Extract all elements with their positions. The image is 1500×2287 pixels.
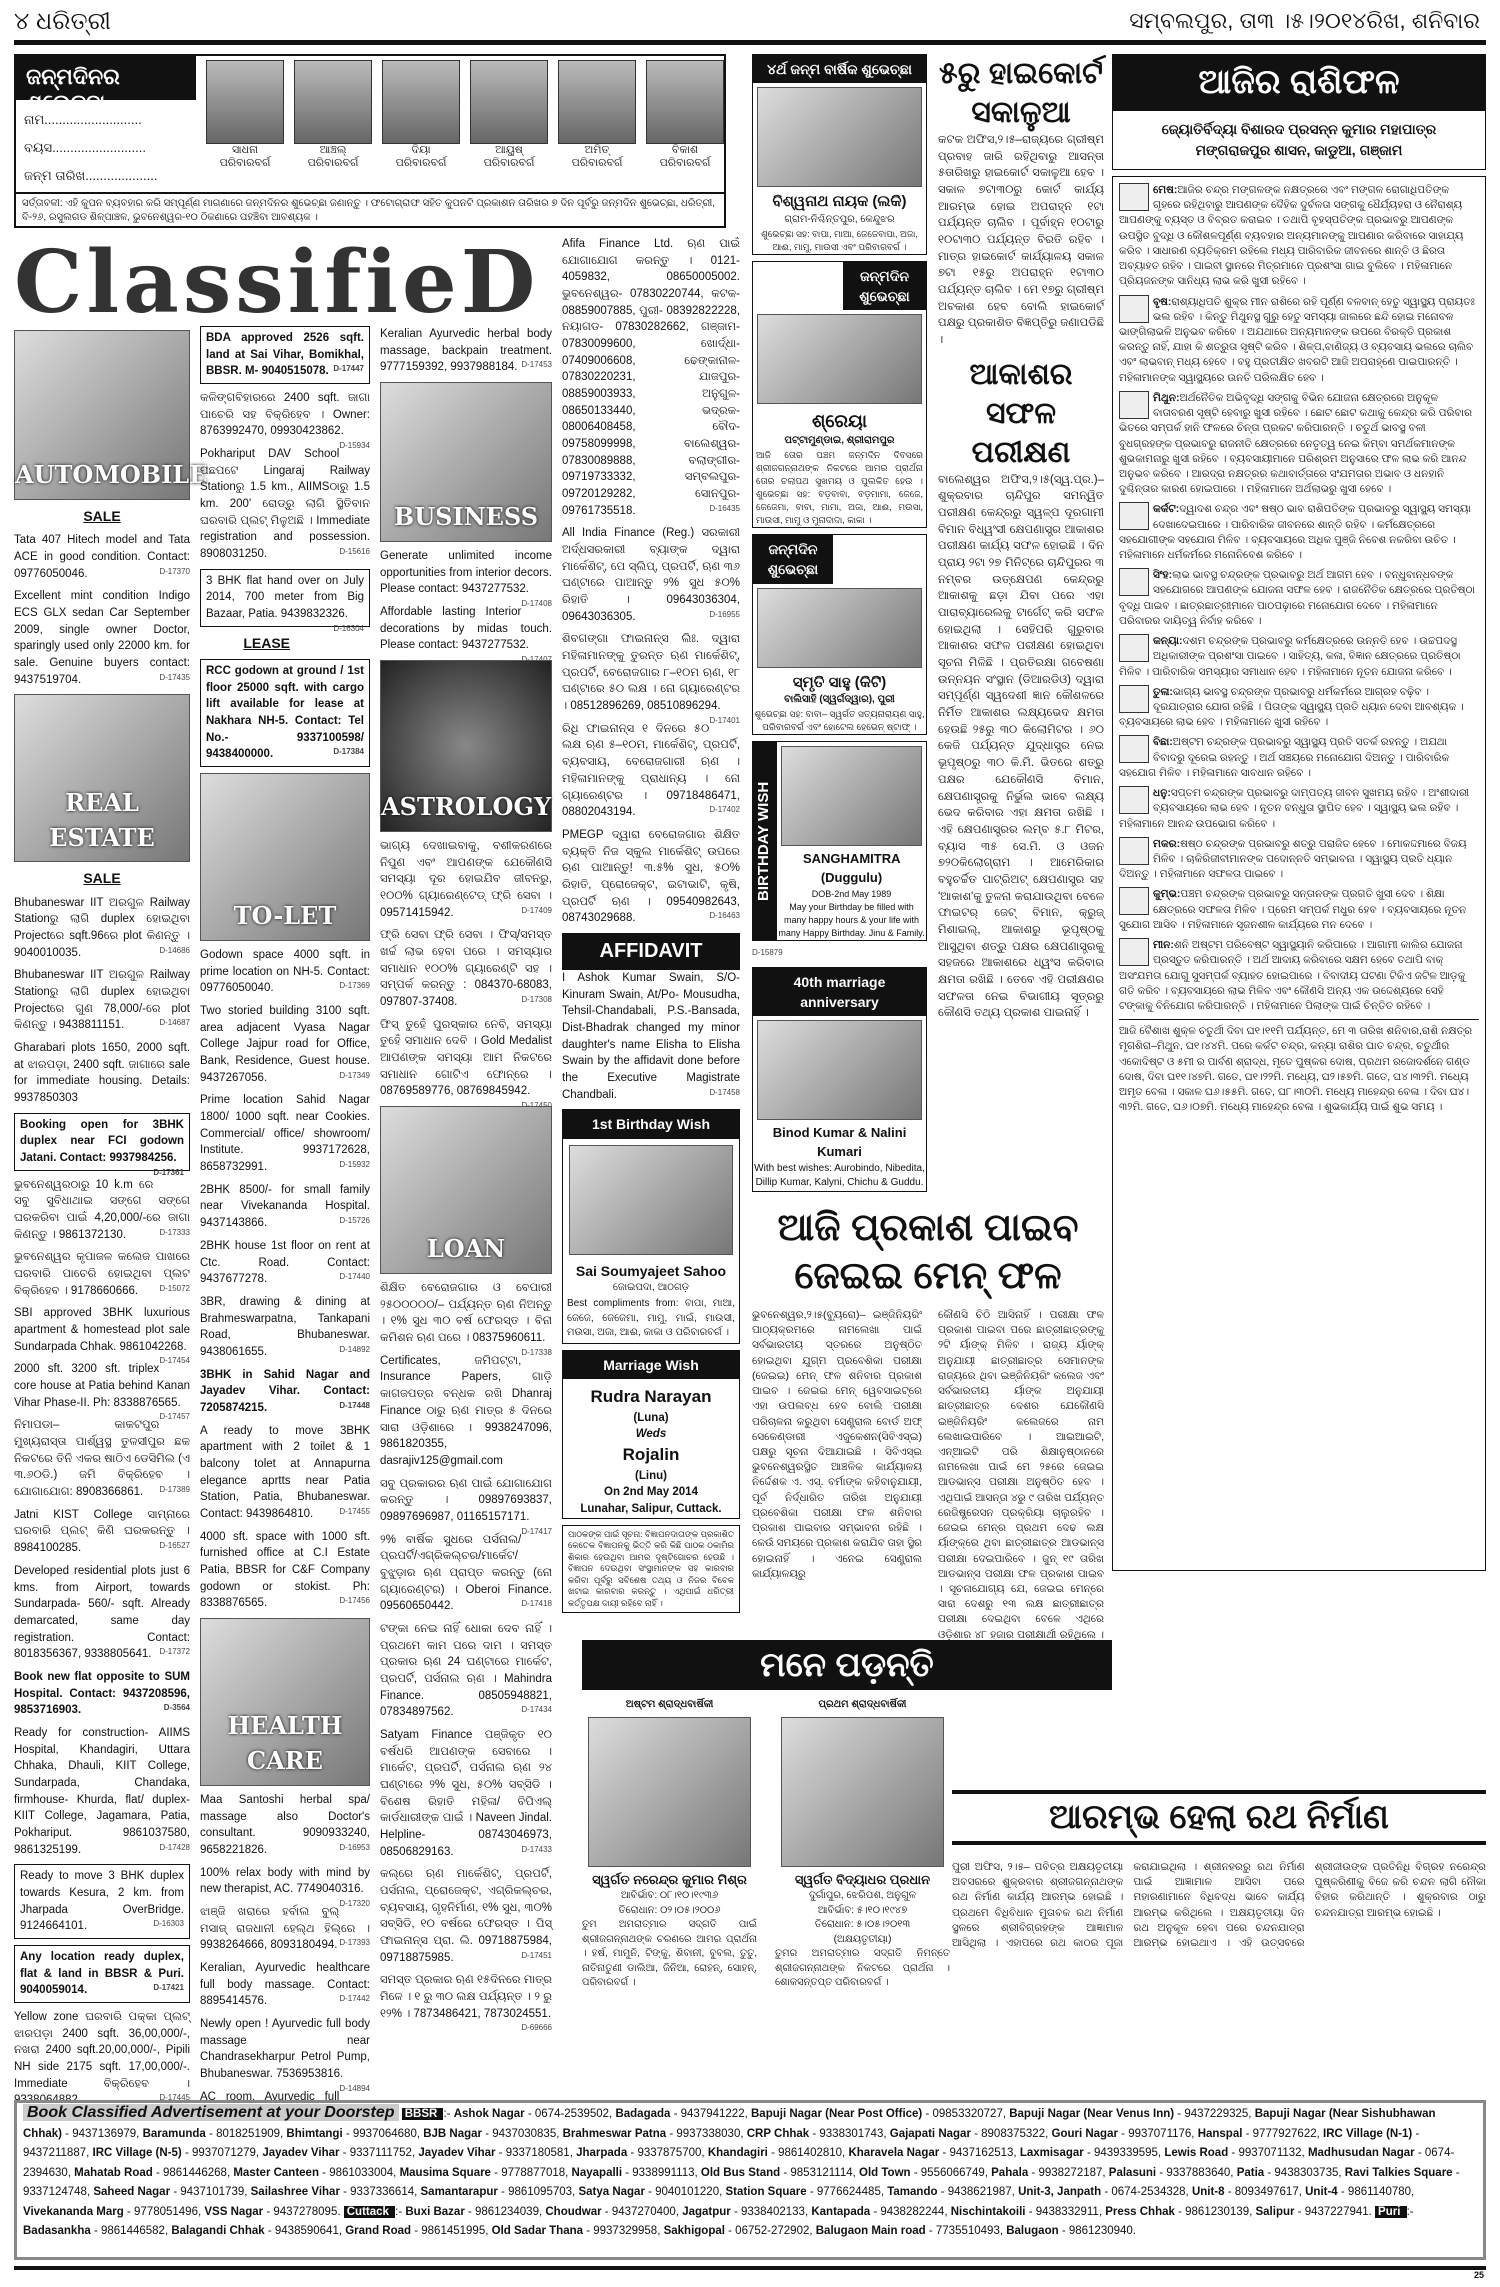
obit-name: ସ୍ୱର୍ଗତ ନରେନ୍ଦ୍ର କୁମାର ମିଶ୍ର: [582, 1871, 757, 1890]
bride-name: Rojalin: [563, 1443, 739, 1468]
booking-centre: Samantarapur - 9861095703,: [421, 2186, 579, 2198]
sanghamitra-name: SANGHAMITRA (Duggulu): [777, 850, 926, 888]
photo-sub: ପରିବାରବର୍ଗ: [646, 157, 724, 170]
libra-icon: [1119, 685, 1149, 713]
reader-disclaimer: ପାଠକଙ୍କ ପାଇଁ ସୂଚନା: ବିଜ୍ଞାପନଦାତାଙ୍କ ପ୍ରକ…: [562, 1525, 740, 1613]
classified-ad: Maa Santoshi herbal spa/ massage also Do…: [200, 1792, 370, 1859]
photo-sub: ପରିବାରବର୍ଗ: [382, 157, 460, 170]
age-field: ବୟସ..........................: [24, 140, 146, 156]
booking-centre: Old Bus Stand - 9853121114,: [701, 2167, 859, 2179]
obit-place: ଦୁର୍ଗାପୁର, ଝେରିପଶ, ଅନୁଗୁଳ: [775, 1889, 950, 1904]
baby-name: Sai Soumyajeet Sahoo: [563, 1261, 739, 1281]
booking-centre: Lewis Road - 9937071132,: [1164, 2147, 1308, 2159]
classified-ad: ଫିସ୍ ତୁହେଁ ପୁରସ୍କାର ନେବି, ସମସ୍ୟା ତୁହେଁ ସ…: [380, 1017, 552, 1100]
sample-photo: ବିକାଶପରିବାରବର୍ଗ: [646, 60, 724, 170]
shreya-wishes: ଆଜି ତୋର ପଞ୍ଚମ ଜନ୍ମଦିନ ଦିବସରେ ଶ୍ରୀଜଗନ୍ନାଥ…: [753, 449, 926, 527]
classified-ad: Bhubaneswar IIT ଅରଗୁଳ Railway Stationରୁ …: [14, 967, 190, 1034]
photo-name: ଅମିତ୍: [558, 144, 636, 157]
coupon-terms: ସର୍ତ୍ତାବଳୀ: ଏହି କୁପନ ବ୍ୟବହାର କରି ସମ୍ପୂର୍…: [14, 194, 726, 228]
classified-ad: ନିମାପଡା– କାକଟପୁର ମୁଖ୍ୟରାସ୍ତା ପାର୍ଶ୍ୱସ୍ଥ …: [14, 1417, 190, 1500]
sample-photo: ଆୟୁଷ୍ପରିବାରବର୍ଗ: [470, 60, 548, 170]
booking-centre: Ashok Nagar - 0674-2539502,: [454, 2108, 616, 2120]
classified-ad: 2BHK house 1st floor on rent at Ctc. Roa…: [200, 1238, 370, 1288]
classified-ad: A ready to move 3BHK apartment with 2 to…: [200, 1423, 370, 1523]
child-name: ବିଶ୍ୱନାଥ ନାୟକ (ଲକି): [753, 191, 926, 213]
booking-centre: Mausima Square - 9778877018,: [400, 2167, 572, 2179]
anniversary-heading: 40th marriage anniversary: [753, 968, 926, 1017]
shreya-birthday-wish: ଜନ୍ମଦିନ ଶୁଭେଚ୍ଛା ଶ୍ରେୟା ପଟ୍ଟାମୁଣ୍ଡାଇ, ଶ୍…: [752, 261, 927, 528]
classified-ad: Keralian Ayurvedic herbal body massage, …: [380, 326, 552, 376]
first-birthday-heading: 1st Birthday Wish: [563, 1110, 739, 1138]
baby-wishes: Best compliments from: ବାପା, ମାଆ, ଜେଜେ, …: [563, 1295, 739, 1343]
obit-born: ଆବିର୍ଭାବ: ୫।୧୦।୧୯୪୭: [775, 1904, 950, 1919]
booking-centre: Badagada - 9437941222,: [615, 2108, 751, 2120]
groom-name: Rudra Narayan: [563, 1385, 739, 1410]
coupon-title: ଜନ୍ମଦିନର ଶୁଭେଚ୍ଛା: [16, 56, 196, 100]
sample-photo: ଆଞ୍ଚଲ୍ପରିବାରବର୍ଗ: [294, 60, 372, 170]
region-tag: Cuttack: [344, 2206, 395, 2218]
classified-ad: Keralian, Ayurvedic healthcare full body…: [200, 1960, 370, 2010]
booking-centre: Pahala - 9938272187,: [991, 2167, 1109, 2179]
child-portrait: [470, 60, 548, 144]
sign-capricorn: ମକର:ଷଷ୍ଠ ଚନ୍ଦ୍ରଙ୍କ ପ୍ରଭାବରୁ ଶତ୍ରୁ ପରାଜିତ…: [1119, 837, 1479, 883]
birthday-badge: ଜନ୍ମଦିନ ଶୁଭେଚ୍ଛା: [843, 262, 926, 311]
booking-centre: Badasankha - 9861446582,: [23, 2225, 171, 2237]
column-lease-tolet-health: BDA approved 2526 sqft. land at Sai Viha…: [200, 326, 370, 2201]
weds-label: Weds: [563, 1426, 739, 1443]
leo-icon: [1119, 568, 1149, 596]
classified-ad: Gharabari plots 1650, 2000 sqft. at ଝାରପ…: [14, 1040, 190, 1107]
sagittarius-icon: [1119, 786, 1149, 814]
lease-heading: LEASE: [200, 633, 370, 653]
sanghamitra-dob: DOB-2nd May 1989: [777, 888, 926, 901]
obit-born: ଆବିର୍ଭାବ: ୦୮।୧୦।୧୯୩୬: [582, 1889, 757, 1904]
classified-ad: Developed residential plots just 6 kms. …: [14, 1563, 190, 1663]
sign-pisces: ମୀନ:ଶନି ଅଷ୍ଟମ ପରିବେଷ୍ଟ ସ୍ୱାସ୍ଥ୍ୟାନି କରିପ…: [1119, 938, 1479, 1014]
booking-centre: Old Sadar Thana - 9937329958,: [492, 2225, 664, 2237]
virgo-icon: [1119, 634, 1149, 662]
smruti-name: ସ୍ମୃତି ସାହୁ (କିଟି): [753, 672, 926, 694]
classified-ad: ଟଙ୍କା ନେଇ ନାହିଁ ଧୋକା ଦେବ ନାହିଁ । ପ୍ରଥମେ …: [380, 1621, 552, 1721]
child-portrait: [294, 60, 372, 144]
classified-ad: 2000 sft. 3200 sft. triplex core house a…: [14, 1361, 190, 1411]
booking-centre: Brahmeswar Patna - 9937338030,: [563, 2128, 747, 2140]
smruti-place: ବାଲିସାହି (ସ୍ୱର୍ଗଦ୍ୱାର), ପୁରୀ: [753, 693, 926, 708]
capricorn-icon: [1119, 837, 1149, 865]
booking-centre: Baramunda - 8018251909,: [143, 2128, 287, 2140]
photo-sub: ପରିବାରବର୍ଗ: [294, 157, 372, 170]
tolet-image: TO-LET: [200, 773, 370, 941]
region-tag: Puri: [1375, 2206, 1407, 2218]
affidavit-heading: AFFIDAVIT: [562, 933, 740, 970]
obit-msg: ତୁମର ଅମରାତ୍ମାର ସଦ୍‌ଗତି ନିମନ୍ତେ ଶ୍ରୀଜଗନ୍ନ…: [775, 1947, 950, 1991]
classified-ad: Certificates, ଜମିପଟ୍ଟା, Insurance Papers…: [380, 1353, 552, 1470]
classified-ad: ଫ୍ରି ସେବା ଫ୍ରି ସେବା । ଫିସ୍/ସମସ୍ତ ଖର୍ଚ୍ଚ …: [380, 927, 552, 1010]
health-care-image: HEALTH CARE: [200, 1618, 370, 1786]
tolet-label: TO-LET: [201, 899, 369, 934]
classified-ad: 3BR, drawing & dining at Brahmeswarpatna…: [200, 1294, 370, 1361]
smruti-wishes: ଶୁଭେଚ୍ଛା ସହ: ବାବା– ସ୍ୱର୍ଗତ ସତ୍ୟନାରାୟଣ ସା…: [753, 708, 926, 734]
smruti-birthday-wish: ଜନ୍ମଦିନ ଶୁଭେଚ୍ଛା ସ୍ମୃତି ସାହୁ (କିଟି) ବାଲି…: [752, 534, 927, 735]
classified-ad: ଭାଗ୍ୟ ଦେଖାଇବାକୁ, ବଶୀକରଣରେ ନିପୁଣ ଏବଂ ଆପଣଙ…: [380, 838, 552, 921]
highcourt-story: କଟକ ଅଫିସ,୨।୫–ରାଜ୍ୟରେ ଗ୍ରୀଷ୍ମ ପ୍ରବାହ ଜାରି…: [938, 132, 1104, 349]
child-wishes: ଶୁଭେଚ୍ଛା ସହ: ବାପା, ମାଆ, ଜେଜେବାପା, ଅଜା, ଆ…: [753, 228, 926, 254]
photo-name: ବିକାଶ: [646, 144, 724, 157]
photo-sub: ପରିବାରବର୍ଗ: [206, 157, 284, 170]
booking-centre: Buxi Bazar - 9861234039,: [405, 2206, 545, 2218]
anniversary-wish: 40th marriage anniversary Binod Kumar & …: [752, 967, 927, 1192]
booking-centre: Hanspal - 9777927622,: [1198, 2128, 1323, 2140]
booking-centre: Bapuji Nagar (Near Post Office) - 098533…: [751, 2108, 1009, 2120]
obit-heading: ଅଷ୍ଟମ ଶ୍ରାଦ୍ଧବାର୍ଷିକୀ: [582, 1698, 757, 1713]
aquarius-icon: [1119, 887, 1149, 915]
booking-centre: IRC Village (N-5) - 9937071279,: [93, 2147, 263, 2159]
jee-story-part2: କୌଣସି ଚିଠି ଆସିନାହିଁ । ପରୀକ୍ଷା ଫଳ ପ୍ରକାଶ …: [938, 1308, 1104, 1688]
classified-ad: Prime location Sahid Nagar 1800/ 1000 sq…: [200, 1092, 370, 1175]
booking-centre: Station Square - 9776624485,: [726, 2186, 888, 2198]
booking-centre: Tamando - 9438621987,: [887, 2186, 1018, 2198]
obit-note: (ଅକ୍ଷୟତୃତୀୟା): [775, 1933, 950, 1948]
classified-ad: Godown space 4000 sqft. in prime locatio…: [200, 947, 370, 997]
booking-centre: Unit-8 - 8093497617,: [1192, 2186, 1305, 2198]
booking-centre: Palasuni - 9337883640,: [1109, 2167, 1237, 2179]
classified-logo: ClassifieD: [14, 232, 540, 322]
booking-centre: Saheed Nagar - 9437101739,: [93, 2186, 250, 2198]
booking-centre: Balagandi Chhak - 9438590641,: [171, 2225, 345, 2237]
cancer-icon: [1119, 502, 1149, 530]
child-portrait: [646, 60, 724, 144]
classified-ad: 4000 sft. space with 1000 sft. furnished…: [200, 1529, 370, 1612]
obit-photo: [588, 1717, 751, 1867]
classified-ad: Ready for construction- AIIMS Hospital, …: [14, 1725, 190, 1858]
sanghamitra-msg: May your Birthday be filled with many ha…: [777, 901, 926, 940]
sample-photos: ସାଧନାପରିବାରବର୍ଗ ଆଞ୍ଚଲ୍ପରିବାରବର୍ଗ ଦିୟାପରି…: [206, 60, 724, 170]
business-image: BUSINESS: [380, 382, 552, 542]
sign-virgo: କନ୍ୟା:ଦଶମ ଚନ୍ଦ୍ରଙ୍କ ପ୍ରଭାବରୁ କର୍ମକ୍ଷେତ୍ର…: [1119, 634, 1479, 680]
booking-centre: Sakhigopal - 06752-272902,: [664, 2225, 816, 2237]
news-column: ୫ରୁ ହାଇକୋର୍ଟ ସକାଳୁଆ କଟକ ଅଫିସ,୨।୫–ରାଜ୍ୟରେ…: [938, 54, 1104, 1028]
obituary-banner: ମନେ ପଡ଼ନ୍ତି: [582, 1640, 1112, 1690]
child-portrait: [382, 60, 460, 144]
column-finance-affidavit: Afifa Finance Ltd. ଋଣ ପାଇଁ ଯୋଗାଯୋଗ କରନ୍ତ…: [562, 236, 740, 1619]
pisces-icon: [1119, 938, 1149, 966]
classified-ad: PMEGP ଦ୍ୱାରା ବେରୋଜଗାର ଶିକ୍ଷିତ ବ୍ୟକ୍ତି ନି…: [562, 827, 740, 927]
rashifal-byline: ଜ୍ୟୋତିର୍ବିଦ୍ୟା ବିଶାରଦ ପ୍ରସନ୍ନ କୁମାର ମହାପ…: [1112, 110, 1486, 170]
sample-photo: ସାଧନାପରିବାରବର୍ଗ: [206, 60, 284, 170]
classified-ad-boxed: Any location ready duplex, flat & land i…: [14, 1945, 190, 2003]
fourth-birthday-heading: ୪ର୍ଥ ଜନ୍ମ ବାର୍ଷିକ ଶୁଭେଚ୍ଛା: [753, 55, 926, 83]
dateline: ସମ୍ବଲପୁର, ତା୩ ।୫।୨୦୧୪ରିଖ, ଶନିବାର: [1129, 8, 1480, 34]
section-page-label: ୪ ଧରିତ୍ରୀ: [14, 8, 111, 36]
booking-centre: Laxmisagar - 9439339595,: [1020, 2147, 1165, 2159]
booking-centre: VSS Nagar - 9437278095.: [204, 2206, 343, 2218]
booking-centre: Unit-4 - 9861140780,: [1305, 2186, 1414, 2198]
booking-centre: Balugaon Main road - 7735510493,: [816, 2225, 1006, 2237]
booking-centre: Kharavela Nagar - 9437162513,: [848, 2147, 1019, 2159]
classified-ad: ୨% ବାର୍ଷିକ ସୁଧରେ ପର୍ସନାଲ/ପ୍ରପର୍ଟି/ଏଗ୍ରିକ…: [380, 1532, 552, 1615]
column-automobile-realestate: AUTOMOBILE SALE Tata 407 Hitech model an…: [14, 330, 190, 2115]
classified-ad: ଭୁବନେଶ୍ୱର କୃପାଜଳ କଲେଜ ପାଖରେ ଘରବାରି ପାଚେର…: [14, 1249, 190, 1299]
child-portrait: [558, 60, 636, 144]
real-estate-label: REAL ESTATE: [15, 786, 189, 856]
booking-centre: Nayapalli - 9338991113,: [572, 2167, 701, 2179]
bride-nick: (Linu): [563, 1468, 739, 1485]
booking-centre: Jayadev Vihar - 9337180581,: [418, 2147, 576, 2159]
child-portrait: [206, 60, 284, 144]
classified-ad: Newly open ! Ayurvedic full body massage…: [200, 2016, 370, 2083]
sale-heading: SALE: [14, 868, 190, 888]
loan-label: LOAN: [381, 1232, 551, 1267]
classified-ad: ଶିବଗଙ୍ଗା ଫାଇନାନ୍ସ ଲିଃ. ଦ୍ୱାରା ମହିଳାମାନଙ୍…: [562, 631, 740, 714]
birthday-coupon: ଜନ୍ମଦିନର ଶୁଭେଚ୍ଛା ନାମ...................…: [14, 54, 726, 194]
birthday-badge: ଜନ୍ମଦିନ ଶୁଭେଚ୍ଛା: [753, 535, 833, 584]
booking-centre: Old Town - 9556066749,: [859, 2167, 991, 2179]
automobile-image: AUTOMOBILE: [14, 330, 190, 500]
booking-centre: Kantapada - 9438282244,: [811, 2206, 950, 2218]
classified-ad: Afifa Finance Ltd. ଋଣ ପାଇଁ ଯୋଗାଯୋଗ କରନ୍ତ…: [562, 236, 740, 519]
akash-story: ବାଲେଶ୍ୱର ଅଫିସ,୨।୫(ସ୍ୱ.ପ୍ର.)– ଶୁକ୍ରବାର ଚା…: [938, 472, 1104, 1022]
classified-ad: Excellent mint condition Indigo ECS GLX …: [14, 588, 190, 688]
astrologer-name: ଜ୍ୟୋତିର୍ବିଦ୍ୟା ବିଶାରଦ ପ୍ରସନ୍ନ କୁମାର ମହାପ…: [1113, 119, 1485, 140]
health-care-label: HEALTH CARE: [201, 1709, 369, 1779]
marriage-date: On 2nd May 2014: [563, 1484, 739, 1501]
couple-photo: [757, 1020, 922, 1120]
groom-nick: (Luna): [563, 1410, 739, 1427]
classified-ad-boxed: 3 BHK flat hand over on July 2014, 700 m…: [200, 569, 370, 627]
sale-heading: SALE: [14, 506, 190, 526]
booking-centre: Nischintakoili - 9438332911,: [951, 2206, 1106, 2218]
sign-scorpio: ବିଛା:ଅଷ୍ଟମ ଚନ୍ଦ୍ରଙ୍କ ପ୍ରଭାବରୁ ସ୍ୱାସ୍ଥ୍ୟ …: [1119, 735, 1479, 781]
booking-centre: Grand Road - 9861451995,: [345, 2225, 491, 2237]
rashifal-body: ମେଷ:ଆଜିର ଚନ୍ଦ୍ର ମଙ୍ଗଳଙ୍କ ନକ୍ଷତ୍ରରେ ଏବଂ ମ…: [1112, 176, 1486, 1571]
baby-place: ଜୋଇପଦା, ଆଠଗଡ଼: [563, 1281, 739, 1296]
couple-names: Binod Kumar & Nalini Kumari: [753, 1124, 926, 1162]
classified-ad: Tata 407 Hitech model and Tata ACE in go…: [14, 532, 190, 582]
name-field: ନାମ...........................: [24, 112, 142, 128]
fourth-birthday-wish: ୪ର୍ଥ ଜନ୍ମ ବାର୍ଷିକ ଶୁଭେଚ୍ଛା ବିଶ୍ୱନାଥ ନାୟକ…: [752, 54, 927, 255]
sign-taurus: ବୃଷ:ରାଶ୍ୟାଧିପତି ଶୁକ୍ର ମୀନ ରାଶିରେ ରହି ପୂର…: [1119, 295, 1479, 386]
top-rule: [14, 40, 1486, 45]
booking-centre: Mahatab Road - 9861446268,: [74, 2167, 233, 2179]
classified-ad: Two storied building 3100 sqft. area adj…: [200, 1003, 370, 1086]
booking-centre: Balugaon - 9861230940.: [1006, 2225, 1136, 2237]
classified-ad: Affordable lasting Interior decorations …: [380, 604, 552, 654]
classified-ad: ସବୁ ପ୍ରକାରର ଋଣ ପାଇଁ ଯୋଗାଯୋଗ କରନ୍ତୁ । 098…: [380, 1476, 552, 1526]
photo-name: ଦିୟା: [382, 144, 460, 157]
region-tag: BBSR: [402, 2108, 444, 2120]
booking-centre: Press Chhak - 9861230139,: [1105, 2206, 1255, 2218]
classified-ad: ଭୁବନେଶ୍ୱରଠାରୁ 10 k.m ରେ ସବୁ ସୁବିଧାଥାଇ ସଙ…: [14, 1177, 190, 1244]
obit-msg: ତୁମ ଅମରାତ୍ମାର ସଦ୍‌ଗତି ପାଇଁ ଶ୍ରୀଜଗନ୍ନାଥଙ୍…: [582, 1918, 757, 1991]
column-personal-wishes: ୪ର୍ଥ ଜନ୍ମ ବାର୍ଷିକ ଶୁଭେଚ୍ଛା ବିଶ୍ୱନାଥ ନାୟକ…: [752, 54, 927, 1198]
astrology-label: ASTROLOGY: [381, 790, 551, 825]
classified-ad: ଝାଞ୍ଜି ଖରାରେ ହର୍ବାଲ ବୁଲ୍ ମସାଜ୍ ରାଜଧାନୀ ହ…: [200, 1904, 370, 1954]
booking-centre: Jagatpur - 9338402133,: [682, 2206, 811, 2218]
obit-photo: [781, 1717, 944, 1867]
classified-ad: Book new flat opposite to SUM Hospital. …: [14, 1669, 190, 1719]
loan-image: LOAN: [380, 1106, 552, 1274]
affidavit-text: I Ashok Kumar Swain, S/O- Kinuram Swain,…: [562, 970, 740, 1103]
classified-ad: ଶିକ୍ଷିତ ବେରୋଜଗାର ଓ ବେପାରୀ ୨୫୦୦୦୦୦/– ପର୍ଯ…: [380, 1280, 552, 1347]
booking-centre: Sailashree Vihar - 9337336614,: [251, 2186, 421, 2198]
obit-died: ତିରୋଧାନ: ୦୨।୦୫।୨୦୦୬: [582, 1904, 757, 1919]
classified-booking-footer: Book Classified Advertisement at your Do…: [14, 2100, 1486, 2260]
booking-centre: Vivekananda Marg - 9778051496,: [23, 2206, 204, 2218]
obituary-left: ଅଷ୍ଟମ ଶ୍ରାଦ୍ଧବାର୍ଷିକୀ ସ୍ୱର୍ଗତ ନରେନ୍ଦ୍ର କ…: [582, 1698, 757, 1991]
classified-ad: All India Finance (Reg.) ସରକାରୀ ଅର୍ଦ୍ଧସର…: [562, 525, 740, 625]
booking-centre: Satya Nagar - 9040101220,: [578, 2186, 725, 2198]
classified-ad: Yellow zone ଘରବାରି ପକ୍କା ପ୍ଲଟ୍ ଝାରପଡ଼ା 2…: [14, 2009, 190, 2109]
booking-centre: Bhimtangi - 9937064680,: [286, 2128, 423, 2140]
booking-centres: BBSR :- Ashok Nagar - 0674-2539502, Bada…: [23, 2108, 1460, 2237]
classified-ad: 2BHK 8500/- for small family near Viveka…: [200, 1182, 370, 1232]
obit-heading: ପ୍ରଥମ ଶ୍ରାଦ୍ଧବାର୍ଷିକୀ: [775, 1698, 950, 1713]
highcourt-headline: ୫ରୁ ହାଇକୋର୍ଟ ସକାଳୁଆ: [938, 54, 1104, 132]
ratha-headline: ଆରମ୍ଭ ହେଲା ରଥ ନିର୍ମାଣ: [952, 1790, 1486, 1845]
booking-centre: Choudwar - 9437270400,: [545, 2206, 682, 2218]
marriage-heading: Marriage Wish: [563, 1351, 739, 1379]
classified-ad-boxed: Ready to move 3 BHK duplex towards Kesur…: [14, 1864, 190, 1939]
classified-ad: Bhubaneswar IIT ଅରଗୁଳ Railway Stationରୁ …: [14, 895, 190, 962]
astrology-image: ASTROLOGY: [380, 660, 552, 832]
scorpio-icon: [1119, 735, 1149, 763]
classified-ad: ରିଧି ଫାଇନାନ୍ସ ୧ ଦିନରେ ୫୦ ଲକ୍ଷ ଋଣ ୫–୧୦ମ, …: [562, 721, 740, 821]
smruti-photo: [757, 588, 922, 668]
ratha-story: ପୁରୀ ଅଫିସ, ୨।୫– ପବିତ୍ର ଅକ୍ଷୟତୃତୀୟା ଅବସରର…: [952, 1860, 1486, 2090]
sign-cancer: କର୍କଟ:ଦ୍ୱାଦଶ ଚନ୍ଦ୍ର ଏବଂ ଷଷ୍ଠ ଭାବ ରାଶିପତି…: [1119, 502, 1479, 563]
dob-field: ଜନ୍ମ ତାରିଖ....................: [24, 168, 157, 184]
marriage-place: Lunahar, Salipur, Cuttack.: [563, 1501, 739, 1518]
bottom-rule: [14, 2266, 1486, 2270]
booking-centre: Patia - 9438303735,: [1237, 2167, 1345, 2179]
classified-ad: Jatni KIST College ସାମ୍ନାରେ ଘରବାରି ପ୍ଲଟ୍…: [14, 1507, 190, 1557]
classified-ad: Pokhariput DAV School ପଛପଟେ Lingaraj Rai…: [200, 446, 370, 563]
booking-centre: Bapuji Nagar (Near Venus Inn) - 94372293…: [1009, 2108, 1254, 2120]
sanghamitra-photo: [781, 746, 922, 846]
akash-headline: ଆକାଶର ସଫଳ ପରୀକ୍ଷଣ: [938, 355, 1104, 472]
booking-centre: Gajapati Nagar - 8908375322,: [890, 2128, 1052, 2140]
classified-ad: Generate unlimited income opportunities …: [380, 548, 552, 598]
shreya-photo: [757, 314, 922, 404]
photo-name: ଆୟୁଷ୍: [470, 144, 548, 157]
aries-icon: [1119, 183, 1149, 211]
sign-libra: ତୁଳା:ଭାଗ୍ୟ ଭାବସ୍ଥ ଚନ୍ଦ୍ରଙ୍କ ପ୍ରଭାବରୁ ଧର୍…: [1119, 685, 1479, 731]
obit-died: ତିରୋଧାନ: ୫।୦୫।୨୦୧୩: [775, 1918, 950, 1933]
classified-ad-boxed: RCC godown at ground / 1st floor 25000 s…: [200, 659, 370, 767]
child-place: ଗ୍ରାମ-ନିଶ୍ଚିନ୍ତପୁର, କେନ୍ଦୁଝର: [753, 213, 926, 228]
photo-name: ସାଧନା: [206, 144, 284, 157]
gemini-icon: [1119, 391, 1149, 419]
taurus-icon: [1119, 295, 1149, 323]
classified-ad-boxed: BDA approved 2526 sqft. land at Sai Viha…: [200, 326, 370, 384]
photo-sub: ପରିବାରବର୍ଗ: [470, 157, 548, 170]
booking-centre: Salipur - 9437227941.: [1255, 2206, 1375, 2218]
page-number: 25: [1474, 2270, 1484, 2280]
footer-title: Book Classified Advertisement at your Do…: [23, 2104, 399, 2121]
photo-sub: ପରିବାରବର୍ଗ: [558, 157, 636, 170]
booking-centre: CRP Chhak - 9338301743,: [747, 2128, 890, 2140]
obituary-right: ପ୍ରଥମ ଶ୍ରାଦ୍ଧବାର୍ଷିକୀ ସ୍ୱର୍ଗତ ବିଦ୍ୟାଧର ପ…: [775, 1698, 950, 1991]
classified-ad: Satyam Finance ପଞ୍ଜିକୃତ ୧୦ ବର୍ଷଧରି ଆପଣଙ୍…: [380, 1727, 552, 1860]
baby-photo: [569, 1145, 733, 1255]
classified-ad: କଲ୍‌ରେ ଋଣ ମାର୍କେଶିଟ୍, ପ୍ରପର୍ଟି, ପର୍ସନାଲ,…: [380, 1866, 552, 1966]
anniversary-wishes: With best wishes: Aurobindo, Nibedita, D…: [753, 1162, 926, 1191]
birthday-wish-side-label: BIRTHDAY WISH: [753, 742, 777, 940]
obit-name: ସ୍ୱର୍ଗତ ବିଦ୍ୟାଧର ପ୍ରଧାନ: [775, 1871, 950, 1890]
ad-code: D-15879: [752, 947, 927, 959]
jee-headline: ଆଜି ପ୍ରକାଶ ପାଇବ ଜେଇଇ ମେନ୍ ଫଳ: [752, 1205, 1104, 1300]
classified-ad: ସମସ୍ତ ପ୍ରକାର ଋଣ ୧୫ଦିନରେ ମାତ୍ର ମିଳେ । ୧ ର…: [380, 1972, 552, 2022]
column-business-astro-loan: Keralian Ayurvedic herbal body massage, …: [380, 326, 552, 2034]
real-estate-image: REAL ESTATE: [14, 694, 190, 862]
booking-centre: Khandagiri - 9861402810,: [708, 2147, 849, 2159]
classified-ad: SBI approved 3BHK luxurious apartment & …: [14, 1305, 190, 1355]
sign-aquarius: କୁମ୍ଭ:ପଞ୍ଚମ ଚନ୍ଦ୍ରଙ୍କ ପ୍ରଭାବରୁ ସନ୍ତାନଙ୍କ…: [1119, 887, 1479, 933]
booking-centre: Master Canteen - 9861033004,: [233, 2167, 399, 2179]
classified-ad-boxed: Booking open for 3BHK duplex near FCI go…: [14, 1113, 190, 1171]
sign-leo: ସିଂହ:ଲାଭ ଭାବସ୍ଥ ଚନ୍ଦ୍ରଙ୍କ ପ୍ରଭାବରୁ ଅର୍ଥ …: [1119, 568, 1479, 629]
sample-photo: ଅମିତ୍ପରିବାରବର୍ଗ: [558, 60, 636, 170]
booking-centre: Jharpada - 9337875700,: [576, 2147, 708, 2159]
classified-ad: କଳିଙ୍ଗବିହାରରେ 2400 sqft. ଜାଗା ପାଚେରି ସହ …: [200, 390, 370, 440]
first-birthday-wish: 1st Birthday Wish Sai Soumyajeet Sahoo ଜ…: [562, 1109, 740, 1344]
sample-photo: ଦିୟାପରିବାରବର୍ଗ: [382, 60, 460, 170]
panjika: ଆଜି ବୈଶାଖ ଶୁକ୍ଳ ଚତୁର୍ଥୀ ଦିବା ଘ୧।୧୧ମି ପର୍…: [1119, 1019, 1479, 1115]
astrologer-address: ମଙ୍ଗରାଜପୁର ଶାସନ, କାଡୁଆ, ଗଞ୍ଜାମ: [1113, 140, 1485, 161]
booking-centre: Gouri Nagar - 9937071176,: [1052, 2128, 1198, 2140]
shreya-name: ଶ୍ରେୟା: [753, 408, 926, 434]
shreya-place: ପଟ୍ଟାମୁଣ୍ଡାଇ, ଶ୍ରୀରାମପୁର: [753, 434, 926, 449]
booking-centre: BJB Nagar - 9437030835,: [423, 2128, 562, 2140]
photo-name: ଆଞ୍ଚଲ୍: [294, 144, 372, 157]
sanghamitra-birthday-wish: BIRTHDAY WISH SANGHAMITRA (Duggulu) DOB-…: [752, 741, 927, 941]
automobile-label: AUTOMOBILE: [15, 458, 189, 493]
business-label: BUSINESS: [381, 500, 551, 535]
rashifal-title: ଆଜିର ରାଶିଫଳ: [1112, 54, 1486, 110]
jee-story-part1: ଭୁବନେଶ୍ୱର,୨।୫(ବ୍ୟୁରୋ)– ଇଞ୍ଜିନିୟରିଂ ପାଠ୍ୟ…: [752, 1308, 922, 1582]
classified-ad: 100% relax body with mind by new therapi…: [200, 1865, 370, 1898]
booking-centre: Unit-3, Janpath - 0674-2534328,: [1018, 2186, 1192, 2198]
child-photo: [757, 87, 922, 187]
sign-aries: ମେଷ:ଆଜିର ଚନ୍ଦ୍ର ମଙ୍ଗଳଙ୍କ ନକ୍ଷତ୍ରରେ ଏବଂ ମ…: [1119, 183, 1479, 290]
sign-gemini: ମିଥୁନ:ଅର୍ଥନୈତିକ ଅଭିବୃଦ୍ଧି ସଙ୍ଗକୁ ବିଭିନ ଯ…: [1119, 391, 1479, 498]
sign-sagittarius: ଧନୁ:ସପ୍ତମ ଚନ୍ଦ୍ରଙ୍କ ପ୍ରଭାବରୁ ଦାମ୍ପତ୍ୟ ଜୀ…: [1119, 786, 1479, 832]
marriage-wish: Marriage Wish Rudra Narayan (Luna) Weds …: [562, 1350, 740, 1519]
booking-centre: Jayadev Vihar - 9337111752,: [262, 2147, 418, 2159]
classified-ad: 3BHK in Sahid Nagar and Jayadev Vihar. C…: [200, 1367, 370, 1417]
